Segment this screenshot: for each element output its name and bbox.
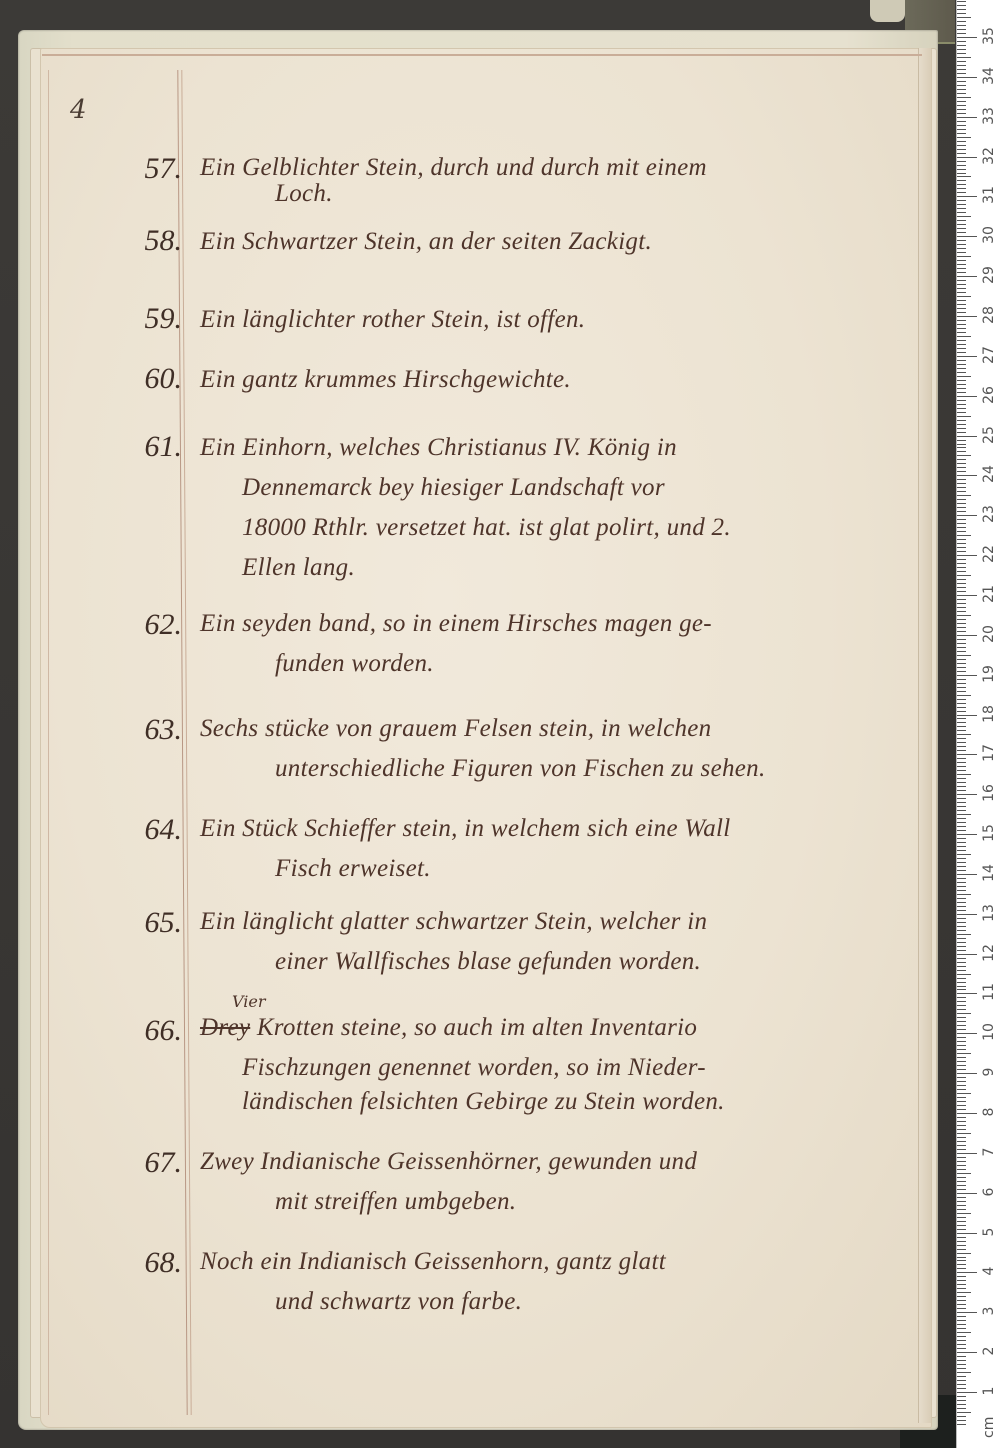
ruler-tick — [957, 1205, 966, 1206]
ruler-tick — [957, 9, 966, 10]
ruler-tick — [957, 73, 966, 74]
ruler-tick — [957, 894, 971, 895]
ruler-tick — [957, 519, 966, 520]
ruler-tick — [957, 41, 966, 42]
ruler-tick — [957, 659, 966, 660]
ruler-tick — [957, 483, 966, 484]
ruler-tick — [957, 950, 966, 951]
ruler-tick — [957, 1069, 966, 1070]
ruler-tick — [957, 722, 966, 723]
entry-number: 61. — [110, 430, 182, 464]
ruler-tick — [957, 794, 977, 795]
ruler-tick — [957, 567, 966, 568]
ruler-label: 33 — [981, 106, 997, 126]
ruler-tick — [957, 141, 966, 142]
ruler-tick — [957, 97, 971, 98]
ruler-tick — [957, 57, 971, 58]
ruler-tick — [957, 412, 966, 413]
ruler-tick — [957, 1237, 966, 1238]
ruler-tick — [957, 105, 966, 106]
ruler-tick — [957, 244, 966, 245]
ruler-tick — [957, 1352, 977, 1353]
ruler-tick — [957, 599, 966, 600]
ruler-tick — [957, 1209, 966, 1210]
ruler-tick — [957, 695, 971, 696]
ruler-tick — [957, 970, 966, 971]
entry-line: Ein länglichter rother Stein, ist offen. — [200, 300, 940, 340]
ruler-tick — [957, 1117, 966, 1118]
entry-line: und schwartz von farbe. — [200, 1282, 940, 1322]
ruler-tick — [957, 157, 977, 158]
entry-text: Ein gantz krummes Hirschgewichte. — [200, 360, 940, 400]
ruler-label: 20 — [981, 624, 997, 644]
ruler-tick — [957, 1284, 966, 1285]
ruler-label: 18 — [981, 704, 997, 724]
ruler-label: 4 — [981, 1261, 997, 1281]
ruler-tick — [957, 1336, 966, 1337]
ruler-tick — [957, 240, 966, 241]
ruler-tick — [957, 802, 966, 803]
ruler-tick — [957, 1280, 966, 1281]
ruler-tick — [957, 228, 966, 229]
ruler-tick — [957, 384, 966, 385]
ruler-tick — [957, 1089, 966, 1090]
ruler-tick — [957, 1073, 977, 1074]
ruler-label: 22 — [981, 544, 997, 564]
ruler-tick — [957, 1009, 966, 1010]
entry-line: Ein gantz krummes Hirschgewichte. — [200, 360, 940, 400]
ruler-tick — [957, 1225, 966, 1226]
ruler-tick — [957, 1021, 966, 1022]
ruler-tick — [957, 918, 966, 919]
ruler-tick — [957, 1189, 966, 1190]
ruler-tick — [957, 65, 966, 66]
ruler-label: 2 — [981, 1341, 997, 1361]
ruler-tick — [957, 539, 966, 540]
ruler-tick — [957, 29, 966, 30]
ruler-label: 13 — [981, 903, 997, 923]
entry-number: 66. — [110, 1014, 182, 1048]
ruler-tick — [957, 846, 966, 847]
ruler-tick — [957, 1065, 966, 1066]
ruler-tick — [957, 77, 977, 78]
ruler-label: 8 — [981, 1102, 997, 1122]
ruler-tick — [957, 408, 966, 409]
ruler-tick — [957, 962, 966, 963]
ruler-tick — [957, 651, 966, 652]
entry-number: 62. — [110, 608, 182, 642]
ruler-tick — [957, 324, 966, 325]
entry-number: 59. — [110, 302, 182, 336]
ruler-tick — [957, 487, 966, 488]
ruler-tick — [957, 1157, 966, 1158]
ruler-tick — [957, 248, 966, 249]
ruler-tick — [957, 527, 966, 528]
ruler-tick — [957, 559, 966, 560]
ruler-tick — [957, 1360, 966, 1361]
ruler-tick — [957, 53, 966, 54]
ruler-tick — [957, 993, 977, 994]
ruler-tick — [957, 730, 966, 731]
ruler-tick — [957, 946, 966, 947]
ruler-tick — [957, 926, 966, 927]
ruler-tick — [957, 89, 966, 90]
ruler-tick — [957, 304, 966, 305]
ruler-tick — [957, 1404, 966, 1405]
ruler-tick — [957, 1193, 977, 1194]
entry-text: Ein Einhorn, welches Christianus IV. Kön… — [200, 428, 940, 588]
ruler-tick — [957, 400, 966, 401]
ruler-tick — [957, 145, 966, 146]
ruler-tick — [957, 866, 966, 867]
ruler-tick — [957, 388, 966, 389]
ruler-tick — [957, 870, 966, 871]
ruler-tick — [957, 591, 966, 592]
ruler-tick — [957, 547, 966, 548]
ruler-tick — [957, 1081, 966, 1082]
ruler-tick — [957, 826, 966, 827]
ruler-tick — [957, 997, 966, 998]
entry-line: unterschiedliche Figuren von Fischen zu … — [200, 749, 940, 789]
ruler-tick — [957, 1017, 966, 1018]
ruler-tick — [957, 499, 966, 500]
ruler-unit-label: cm — [981, 1418, 997, 1438]
ruler-label: 5 — [981, 1222, 997, 1242]
ruler-tick — [957, 416, 971, 417]
entry-line: funden worden. — [200, 644, 940, 684]
ruler-tick — [957, 982, 966, 983]
ruler-tick — [957, 854, 971, 855]
ruler-tick — [957, 1260, 966, 1261]
ruler-tick — [957, 475, 977, 476]
ruler-tick — [957, 786, 966, 787]
ruler-tick — [957, 782, 966, 783]
ruler-tick — [957, 81, 966, 82]
ruler-tick — [957, 459, 966, 460]
ruler-tick — [957, 770, 966, 771]
ruler-tick — [957, 563, 966, 564]
ruler-tick — [957, 766, 966, 767]
ruler-tick — [957, 643, 966, 644]
ruler-tick — [957, 392, 966, 393]
ruler-tick — [957, 376, 971, 377]
entry-number: 63. — [110, 713, 182, 747]
ruler-tick — [957, 1197, 966, 1198]
ruler-tick — [957, 1344, 966, 1345]
entry-text: Ein länglichter rother Stein, ist offen. — [200, 300, 940, 340]
ruler-tick — [957, 1217, 966, 1218]
ruler-tick — [957, 1292, 971, 1293]
ruler-tick — [957, 444, 966, 445]
ruler-tick — [957, 1368, 966, 1369]
ruler-tick — [957, 256, 971, 257]
ruler-tick — [957, 1109, 966, 1110]
ruler-tick — [957, 33, 966, 34]
ruler-tick — [957, 149, 966, 150]
ruler-tick — [957, 188, 966, 189]
ruler-tick — [957, 1264, 966, 1265]
ruler-tick — [957, 284, 966, 285]
entry-line: einer Wallfisches blase gefunden worden. — [200, 942, 940, 982]
ruler-tick — [957, 615, 971, 616]
ruler-tick — [957, 25, 966, 26]
ruler-tick — [957, 1392, 977, 1393]
ruler-tick — [957, 1121, 966, 1122]
ruler-tick — [957, 834, 977, 835]
ruler-tick — [957, 683, 966, 684]
ruler-tick — [957, 364, 966, 365]
ruler-tick — [957, 21, 966, 22]
ruler-tick — [957, 380, 966, 381]
ruler-tick — [957, 579, 966, 580]
ruler-tick — [957, 543, 966, 544]
ruler-tick — [957, 902, 966, 903]
entry-number: 57. — [110, 152, 182, 186]
ruler-tick — [957, 1388, 966, 1389]
ruler-tick — [957, 1033, 977, 1034]
ruler-tick — [957, 1233, 977, 1234]
ruler-tick — [957, 37, 977, 38]
ruler-tick — [957, 1324, 966, 1325]
ruler-tick — [957, 432, 966, 433]
ruler-tick — [957, 535, 971, 536]
ruler-tick — [957, 1049, 966, 1050]
ruler-tick — [957, 1085, 966, 1086]
entry-line: Fisch erweiset. — [200, 849, 940, 889]
ruler-tick — [957, 966, 966, 967]
ruler-tick — [957, 292, 966, 293]
ruler-tick — [957, 268, 966, 269]
ruler-tick — [957, 1340, 966, 1341]
ruler-tick — [957, 691, 966, 692]
ruler-tick — [957, 260, 966, 261]
entry-line: Zwey Indianische Geissenhörner, gewunden… — [200, 1142, 940, 1182]
ruler-tick — [957, 1412, 971, 1413]
ruler-tick — [957, 109, 966, 110]
ruler-tick — [957, 595, 977, 596]
ruler-tick — [957, 1145, 966, 1146]
ruler-tick — [957, 467, 966, 468]
ruler-tick — [957, 420, 966, 421]
ruler-tick — [957, 300, 966, 301]
ruler-label: 30 — [981, 225, 997, 245]
ruler-tick — [957, 1308, 966, 1309]
ruler-tick — [957, 838, 966, 839]
ruler-label: 14 — [981, 863, 997, 883]
ruler-tick — [957, 914, 977, 915]
ruler-tick — [957, 184, 966, 185]
ruler-tick — [957, 703, 966, 704]
entry-text: Ein Gelblichter Stein, durch und durch m… — [200, 148, 940, 214]
ruler-tick — [957, 312, 966, 313]
ruler-label: 9 — [981, 1062, 997, 1082]
ruler-tick — [957, 611, 966, 612]
ruler-tick — [957, 1320, 966, 1321]
entry-line: mit streiffen umbgeben. — [200, 1182, 940, 1222]
ruler-label: 1 — [981, 1381, 997, 1401]
ruler-tick — [957, 125, 966, 126]
ruler-tick — [957, 726, 966, 727]
ruler-tick — [957, 822, 966, 823]
ruler-tick — [957, 296, 971, 297]
entry-number: 68. — [110, 1246, 182, 1280]
ruler-tick — [957, 1141, 966, 1142]
ruler-tick — [957, 1125, 966, 1126]
ruler-tick — [957, 1, 966, 2]
ruler-tick — [957, 718, 966, 719]
entry-text: Drey Krotten steine, so auch im alten In… — [200, 1008, 940, 1122]
ruler-tick — [957, 631, 966, 632]
ruler-label: 10 — [981, 1022, 997, 1042]
entry-line: Ein länglicht glatter schwartzer Stein, … — [200, 902, 940, 942]
entry-text: Ein Stück Schieffer stein, in welchem si… — [200, 809, 940, 889]
ruler-tick — [957, 1113, 977, 1114]
ruler-label: 15 — [981, 823, 997, 843]
ruler-tick — [957, 360, 966, 361]
ruler-tick — [957, 85, 966, 86]
ruler-tick — [957, 1177, 966, 1178]
ruler-tick — [957, 603, 966, 604]
ruler-tick — [957, 1396, 966, 1397]
ruler-tick — [957, 1005, 966, 1006]
entry-number: 64. — [110, 813, 182, 847]
ruler-tick — [957, 930, 966, 931]
ruler-tick — [957, 850, 966, 851]
binding-clasp — [870, 0, 905, 22]
ruler-tick — [957, 1245, 966, 1246]
ruler-tick — [957, 61, 966, 62]
ruler-label: 6 — [981, 1182, 997, 1202]
ruler-tick — [957, 1153, 977, 1154]
ruler-tick — [957, 1229, 966, 1230]
ruler-label: 26 — [981, 385, 997, 405]
ruler-tick — [957, 906, 966, 907]
entry-line: Ellen lang. — [200, 548, 940, 588]
ruler-tick — [957, 352, 966, 353]
ruler-tick — [957, 451, 966, 452]
measurement-ruler: cm 1234567891011121314151617181920212223… — [956, 0, 1000, 1448]
ruler-tick — [957, 882, 966, 883]
ruler-tick — [957, 635, 977, 636]
ruler-tick — [957, 1097, 966, 1098]
ruler-tick — [957, 204, 966, 205]
folio-number: 4 — [70, 95, 87, 125]
ruler-tick — [957, 1105, 966, 1106]
ruler-tick — [957, 220, 966, 221]
ruler-tick — [957, 45, 966, 46]
ruler-tick — [957, 503, 966, 504]
entry-text: Ein Schwartzer Stein, an der seiten Zack… — [200, 222, 940, 262]
ruler-tick — [957, 647, 966, 648]
ruler-tick — [957, 515, 977, 516]
ruler-tick — [957, 1328, 966, 1329]
ruler-label: 28 — [981, 305, 997, 325]
ruler-tick — [957, 1424, 966, 1425]
ruler-tick — [957, 165, 966, 166]
ruler-tick — [957, 742, 966, 743]
entry-text: Sechs stücke von grauem Felsen stein, in… — [200, 709, 940, 789]
ruler-tick — [957, 212, 966, 213]
ruler-tick — [957, 113, 966, 114]
ruler-tick — [957, 49, 966, 50]
ruler-tick — [957, 810, 966, 811]
ruler-tick — [957, 428, 966, 429]
ruler-tick — [957, 746, 966, 747]
ruler-label: 16 — [981, 783, 997, 803]
ruler-tick — [957, 137, 971, 138]
ruler-tick — [957, 699, 966, 700]
ruler-tick — [957, 790, 966, 791]
ruler-tick — [957, 280, 966, 281]
ruler-tick — [957, 750, 966, 751]
entry-text: Ein länglicht glatter schwartzer Stein, … — [200, 902, 940, 982]
entry-number: 67. — [110, 1146, 182, 1180]
ruler-tick — [957, 1364, 966, 1365]
ruler-tick — [957, 328, 966, 329]
ruler-tick — [957, 974, 971, 975]
ruler-tick — [957, 121, 966, 122]
ruler-label: 19 — [981, 664, 997, 684]
ruler-tick — [957, 623, 966, 624]
entry-text: Noch ein Indianisch Geissenhorn, gantz g… — [200, 1242, 940, 1322]
ruler-tick — [957, 1173, 971, 1174]
ruler-tick — [957, 1249, 966, 1250]
ruler-tick — [957, 1161, 966, 1162]
ruler-tick — [957, 754, 977, 755]
ruler-tick — [957, 989, 966, 990]
ruler-tick — [957, 1241, 966, 1242]
ruler-tick — [957, 778, 966, 779]
ruler-tick — [957, 1185, 966, 1186]
ruler-tick — [957, 1093, 971, 1094]
ruler-tick — [957, 798, 966, 799]
ruler-tick — [957, 1169, 966, 1170]
ruler-tick — [957, 639, 966, 640]
entry-line-rest: Krotten steine, so auch im alten Inventa… — [257, 1014, 697, 1041]
ruler-tick — [957, 252, 966, 253]
ruler-tick — [957, 396, 977, 397]
ruler-tick — [957, 511, 966, 512]
ruler-tick — [957, 663, 966, 664]
ruler-tick — [957, 619, 966, 620]
ruler-tick — [957, 1057, 966, 1058]
ruler-tick — [957, 224, 966, 225]
entry-line: ländischen felsichten Gebirge zu Stein w… — [200, 1082, 940, 1122]
ruler-tick — [957, 308, 966, 309]
ruler-tick — [957, 236, 977, 237]
ruler-tick — [957, 774, 971, 775]
ruler-tick — [957, 1029, 966, 1030]
ruler-tick — [957, 320, 966, 321]
ruler-tick — [957, 571, 966, 572]
ruler-tick — [957, 196, 977, 197]
ruler-tick — [957, 711, 966, 712]
ruler-tick — [957, 587, 966, 588]
ruler-tick — [957, 814, 971, 815]
ruler-tick — [957, 1221, 966, 1222]
ruler-tick — [957, 1268, 966, 1269]
ruler-label: 27 — [981, 345, 997, 365]
ruler-tick — [957, 679, 966, 680]
ruler-tick — [957, 479, 966, 480]
ruler-tick — [957, 762, 966, 763]
ruler-tick — [957, 1077, 966, 1078]
ruler-tick — [957, 332, 966, 333]
ruler-tick — [957, 531, 966, 532]
ruler-tick — [957, 627, 966, 628]
ruler-tick — [957, 858, 966, 859]
ruler-tick — [957, 372, 966, 373]
